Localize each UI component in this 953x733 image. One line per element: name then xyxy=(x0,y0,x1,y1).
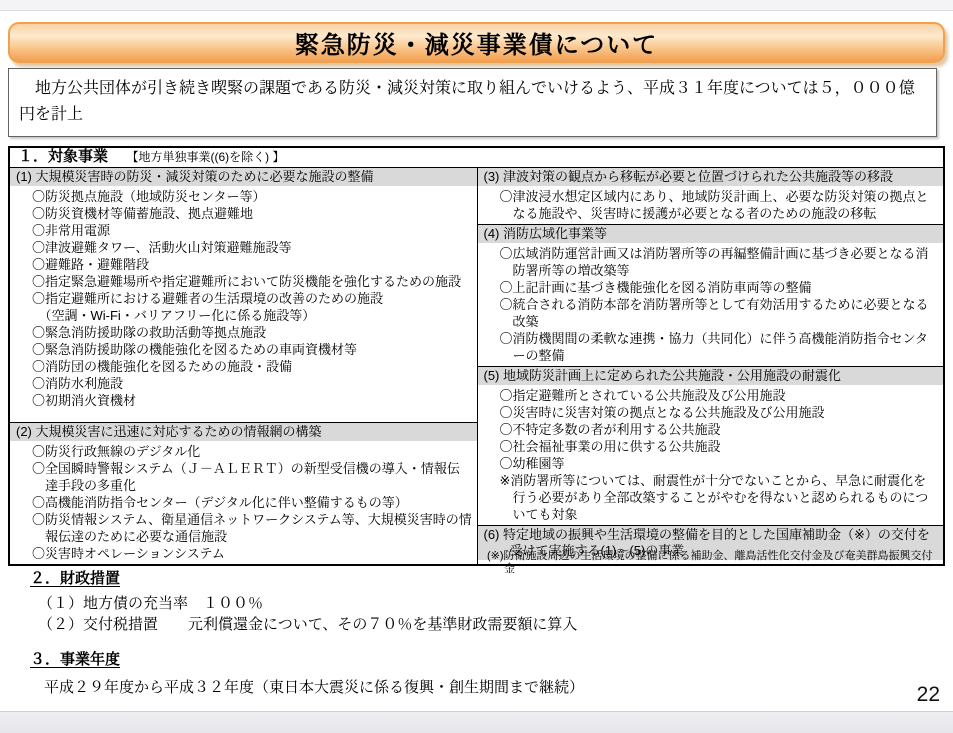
project-section: (1) 大規模災害時の防災・減災対策のために必要な施設の整備 〇防災拠点施設（地… xyxy=(10,168,477,422)
list-item: 〇全国瞬時警報システム（Ｊ－ＡＬＥＲＴ）の新型受信機の導入・情報伝達手段の多重化 xyxy=(32,460,473,494)
list-item: 〇緊急消防援助隊の救助活動等拠点施設 xyxy=(32,324,473,341)
list-item: 〇津波避難タワー、活動火山対策避難施設等 xyxy=(32,239,473,256)
project-section: (2) 大規模災害に迅速に対応するための情報網の構築 〇防災行政無線のデジタル化… xyxy=(10,422,477,564)
section-items: 〇指定避難所とされている公共施設及び公用施設 〇災害時に災害対策の拠点となる公共… xyxy=(478,385,944,525)
list-item: （空調・Wi-Fi・バリアフリー化に係る施設等） xyxy=(32,307,473,324)
page-title: 緊急防災・減災事業債について xyxy=(295,25,659,60)
list-item: 〇防災行政無線のデジタル化 xyxy=(32,443,473,460)
project-section: (4) 消防広域化事業等 〇広域消防運営計画又は消防署所等の再編整備計画に基づき… xyxy=(478,224,944,366)
intro-box: 地方公共団体が引き続き喫緊の課題である防災・減災対策に取り組んでいけるよう、平成… xyxy=(8,68,937,137)
list-item: 〇指定避難所における避難者の生活環境の改善のための施設 xyxy=(32,290,473,307)
list-item: 〇消防水利施設 xyxy=(32,375,473,392)
list-item: 〇消防機関間の柔軟な連携・協力（共同化）に伴う高機能消防指令センターの整備 xyxy=(500,330,940,364)
fiscal-measure-item: （２）交付税措置 元利償還金について、その７０％を基準財政需要額に算入 xyxy=(38,614,577,635)
list-item: 〇社会福祉事業の用に供する公共施設 xyxy=(500,438,940,455)
table-columns: (1) 大規模災害時の防災・減災対策のために必要な施設の整備 〇防災拠点施設（地… xyxy=(10,168,943,564)
list-item: 〇指定緊急避難場所や指定避難所において防災機能を強化するための施設 xyxy=(32,273,473,290)
list-item: 〇災害時に災害対策の拠点となる公共施設及び公用施設 xyxy=(500,404,940,421)
fiscal-measures-heading: ２．財政措置 xyxy=(30,567,120,588)
fiscal-measure-item: （１）地方債の充当率 １００％ xyxy=(38,593,577,614)
list-item: ※消防署所等については、耐震性が十分でないことから、早急に耐震化を行う必要があり… xyxy=(500,472,940,523)
section-heading: (4) 消防広域化事業等 xyxy=(478,225,944,243)
list-item: 〇消防団の機能強化を図るための施設・設備 xyxy=(32,358,473,375)
list-item: 〇指定避難所とされている公共施設及び公用施設 xyxy=(500,387,940,404)
table-footnote: (※)防衛施設周辺の生活環境の整備に係る補助金、離島活性化交付金及び奄美群島振興… xyxy=(487,550,943,576)
section-items: 〇広域消防運営計画又は消防署所等の再編整備計画に基づき必要となる消防署所等の増改… xyxy=(478,243,944,366)
list-item: 〇上記計画に基づき機能強化を図る消防車両等の整備 xyxy=(500,279,940,296)
list-item: 〇高機能消防指令センター（デジタル化に伴い整備するもの等） xyxy=(32,494,473,511)
section-items: 〇津波浸水想定区域内にあり、地域防災計画上、必要な防災対策の拠点となる施設や、災… xyxy=(478,186,944,224)
section-items: 〇防災拠点施設（地域防災センター等） 〇防災資機材等備蓄施設、拠点避難地 〇非常… xyxy=(10,186,477,422)
list-item: 〇統合される消防本部を消防署所等として有効活用するために必要となる改築 xyxy=(500,296,940,330)
list-item: 〇避難路・避難階段 xyxy=(32,256,473,273)
table-title-row: １．対象事業 【地方単独事業((6)を除く) 】 xyxy=(10,148,943,168)
viewer-top-strip xyxy=(0,0,953,11)
list-item: 〇災害時オペレーションシステム xyxy=(32,545,473,562)
list-item: 〇防災情報システム、衛星通信ネットワークシステム等、大規模災害時の情報伝達のため… xyxy=(32,511,473,545)
viewer-bottom-strip xyxy=(0,711,953,733)
list-item: 〇不特定多数の者が利用する公共施設 xyxy=(500,421,940,438)
list-item: 〇防災拠点施設（地域防災センター等） xyxy=(32,188,473,205)
intro-text: 地方公共団体が引き続き喫緊の課題である防災・減災対策に取り組んでいけるよう、平成… xyxy=(19,80,915,123)
list-item: 〇防災資機材等備蓄施設、拠点避難地 xyxy=(32,205,473,222)
list-item: 〇広域消防運営計画又は消防署所等の再編整備計画に基づき必要となる消防署所等の増改… xyxy=(500,245,940,279)
table-right-column: (3) 津波対策の観点から移転が必要と位置づけられた公共施設等の移設 〇津波浸水… xyxy=(477,168,944,564)
section-heading: (3) 津波対策の観点から移転が必要と位置づけられた公共施設等の移設 xyxy=(478,168,944,186)
list-item: 〇津波浸水想定区域内にあり、地域防災計画上、必要な防災対策の拠点となる施設や、災… xyxy=(500,188,940,222)
table-left-column: (1) 大規模災害時の防災・減災対策のために必要な施設の整備 〇防災拠点施設（地… xyxy=(10,168,477,564)
list-item: 〇緊急消防援助隊の機能強化を図るための車両資機材等 xyxy=(32,341,473,358)
list-item: 〇非常用電源 xyxy=(32,222,473,239)
title-banner: 緊急防災・減災事業債について xyxy=(8,22,945,63)
project-section: (5) 地域防災計画上に定められた公共施設・公用施設の耐震化 〇指定避難所とされ… xyxy=(478,366,944,525)
section-heading: (1) 大規模災害時の防災・減災対策のために必要な施設の整備 xyxy=(10,168,477,186)
section-items: 〇防災行政無線のデジタル化 〇全国瞬時警報システム（Ｊ－ＡＬＥＲＴ）の新型受信機… xyxy=(10,441,477,564)
project-years-body: 平成２９年度から平成３２年度（東日本大震災に係る復興・創生期間まで継続） xyxy=(44,676,584,697)
table-scope-note: 【地方単独事業((6)を除く) 】 xyxy=(126,150,284,164)
target-projects-table: １．対象事業 【地方単独事業((6)を除く) 】 (1) 大規模災害時の防災・減… xyxy=(8,146,945,566)
project-section: (3) 津波対策の観点から移転が必要と位置づけられた公共施設等の移設 〇津波浸水… xyxy=(478,168,944,224)
list-item: 〇初期消火資機材 xyxy=(32,392,473,409)
fiscal-measures-items: （１）地方債の充当率 １００％ （２）交付税措置 元利償還金について、その７０％… xyxy=(38,593,577,635)
table-title: １．対象事業 xyxy=(18,148,108,165)
section-heading: (5) 地域防災計画上に定められた公共施設・公用施設の耐震化 xyxy=(478,367,944,385)
page-number: 22 xyxy=(917,683,940,707)
project-years-heading: ３．事業年度 xyxy=(30,648,120,669)
slide-page: { "slide": { "title": "緊急防災・減災事業債について", … xyxy=(0,0,953,733)
list-item: 〇幼稚園等 xyxy=(500,455,940,472)
section-heading: (2) 大規模災害に迅速に対応するための情報網の構築 xyxy=(10,423,477,441)
